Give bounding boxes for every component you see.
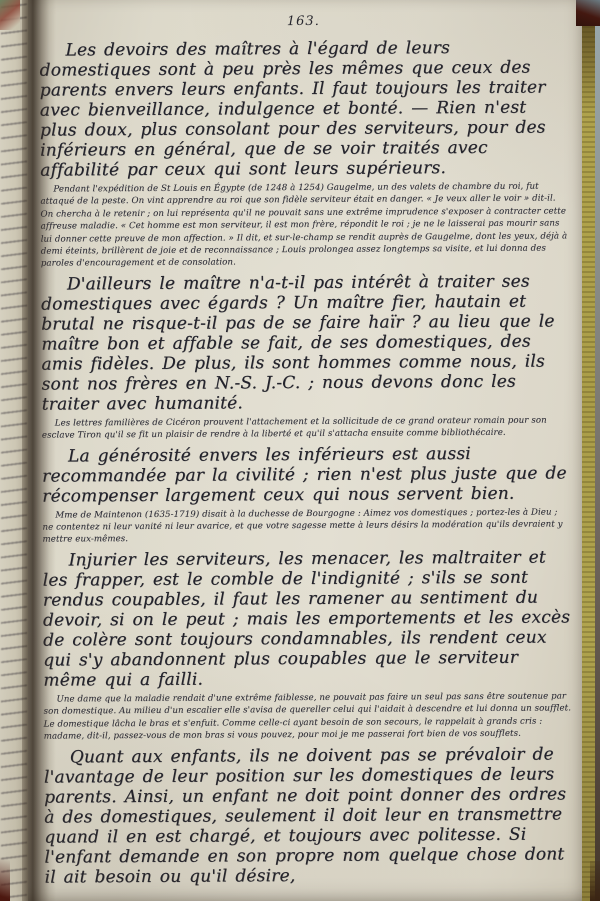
paragraph-3: D'ailleurs le maître n'a-t-il pas intérê…	[41, 271, 570, 414]
page-text: Les devoirs des maîtres à l'égard de leu…	[39, 37, 572, 887]
cover-corner-bottom-right	[590, 861, 600, 901]
book-fore-edge	[582, 6, 595, 901]
paragraph-8: Une dame que la maladie rendait d'une ex…	[43, 690, 571, 743]
cover-corner-top-right	[576, 0, 600, 26]
paragraph-9: Quant aux enfants, ils ne doivent pas se…	[44, 744, 573, 887]
paragraph-5: La générosité envers les inférieurs est …	[42, 443, 570, 506]
marbled-corner-top-left	[0, 0, 20, 30]
paragraph-1: Les devoirs des maîtres à l'égard de leu…	[39, 37, 568, 180]
manuscript-page: 163. Les devoirs des maîtres à l'égard d…	[28, 0, 582, 901]
book-page-photo: 163. Les devoirs des maîtres à l'égard d…	[0, 0, 600, 901]
paragraph-4: Les lettres familières de Cicéron prouve…	[42, 414, 570, 442]
paragraph-6: Mme de Maintenon (1635-1719) disait à la…	[42, 506, 570, 546]
page-number: 163.	[39, 12, 567, 30]
paragraph-7: Injurier les serviteurs, les menacer, le…	[43, 547, 572, 690]
facing-page-edge	[0, 0, 28, 901]
paragraph-2: Pendant l'expédition de St Louis en Égyp…	[40, 180, 569, 270]
page-content: 163. Les devoirs des maîtres à l'égard d…	[39, 8, 572, 901]
cover-corner-bottom-left	[0, 855, 10, 901]
facing-page-script-texture	[1, 0, 27, 901]
